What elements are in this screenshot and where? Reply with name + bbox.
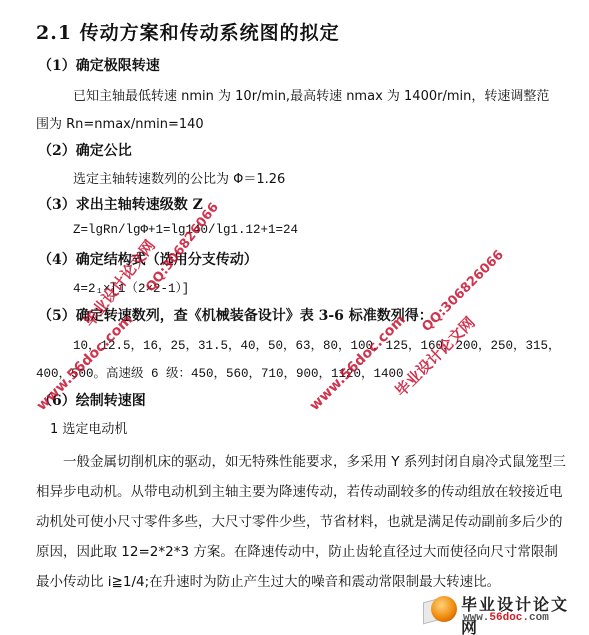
- sec5-line-1: 10，12.5，16，25，31.5，40，50，63，80，100，125，1…: [73, 335, 561, 353]
- logo-url-brand: 56doc: [489, 612, 522, 624]
- sec2-line-1: 选定主轴转速数列的公比为 Φ＝1.26: [73, 168, 285, 187]
- site-logo: 毕业设计论文网 www.56doc.com: [431, 590, 581, 630]
- heading-1: （1）确定极限转速: [38, 55, 160, 75]
- body-paragraph: 一般金属切削机床的驱动，如无特殊性能要求，多采用 Y 系列封闭自扇冷式鼠笼型三相…: [36, 447, 571, 597]
- sec1-line-2: 围为 Rn=nmax/nmin=140: [36, 113, 204, 132]
- globe-icon: [431, 596, 457, 622]
- section-title: 2.1 传动方案和传动系统图的拟定: [36, 18, 340, 45]
- logo-url: www.56doc.com: [463, 612, 549, 624]
- sec1-line-1: 已知主轴最低转速 nmin 为 10r/min,最高转速 nmax 为 1400…: [73, 85, 549, 104]
- logo-url-prefix: www.: [463, 612, 489, 624]
- heading-3: （3）求出主轴转速级数 Z: [38, 194, 203, 214]
- sec6-line-1: 1 选定电动机: [50, 418, 127, 437]
- logo-url-suffix: .com: [522, 612, 548, 624]
- heading-2: （2）确定公比: [38, 140, 132, 160]
